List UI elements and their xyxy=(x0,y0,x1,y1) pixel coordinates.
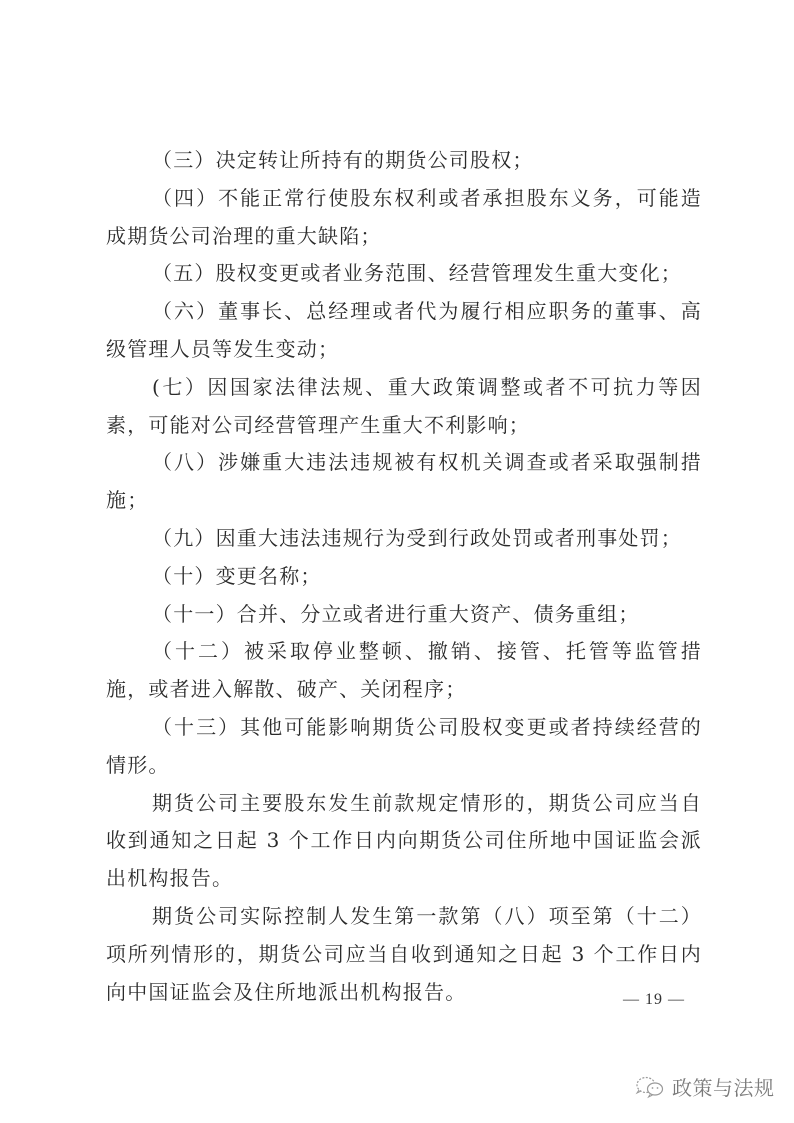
clause-11: （十一）合并、分立或者进行重大资产、债务重组； xyxy=(106,596,702,634)
page-number: — 19 — xyxy=(623,991,685,1009)
clause-9: （九）因重大违法违规行为受到行政处罚或者刑事处罚； xyxy=(106,520,702,558)
clause-3: （三）决定转让所持有的期货公司股权； xyxy=(106,142,702,180)
paragraph-major-shareholder: 期货公司主要股东发生前款规定情形的，期货公司应当自收到通知之日起 3 个工作日内… xyxy=(106,785,702,898)
clause-8: （八）涉嫌重大违法违规被有权机关调查或者采取强制措施； xyxy=(106,444,702,520)
watermark-label: 政策与法规 xyxy=(672,1072,775,1101)
wechat-icon xyxy=(634,1075,666,1099)
clause-7: (七）因国家法律法规、重大政策调整或者不可抗力等因素，可能对公司经营管理产生重大… xyxy=(106,369,702,445)
watermark: 政策与法规 xyxy=(634,1072,775,1101)
document-body: （三）决定转让所持有的期货公司股权； （四）不能正常行使股东权利或者承担股东义务… xyxy=(106,142,702,1011)
paragraph-actual-controller: 期货公司实际控制人发生第一款第（八）项至第（十二）项所列情形的，期货公司应当自收… xyxy=(106,898,702,1011)
clause-5: （五）股权变更或者业务范围、经营管理发生重大变化； xyxy=(106,255,702,293)
clause-4: （四）不能正常行使股东权利或者承担股东义务，可能造成期货公司治理的重大缺陷； xyxy=(106,180,702,256)
clause-10: （十）变更名称； xyxy=(106,558,702,596)
clause-12: （十二）被采取停业整顿、撤销、接管、托管等监管措施，或者进入解散、破产、关闭程序… xyxy=(106,633,702,709)
clause-13: （十三）其他可能影响期货公司股权变更或者持续经营的情形。 xyxy=(106,709,702,785)
clause-6: （六）董事长、总经理或者代为履行相应职务的董事、高级管理人员等发生变动； xyxy=(106,293,702,369)
